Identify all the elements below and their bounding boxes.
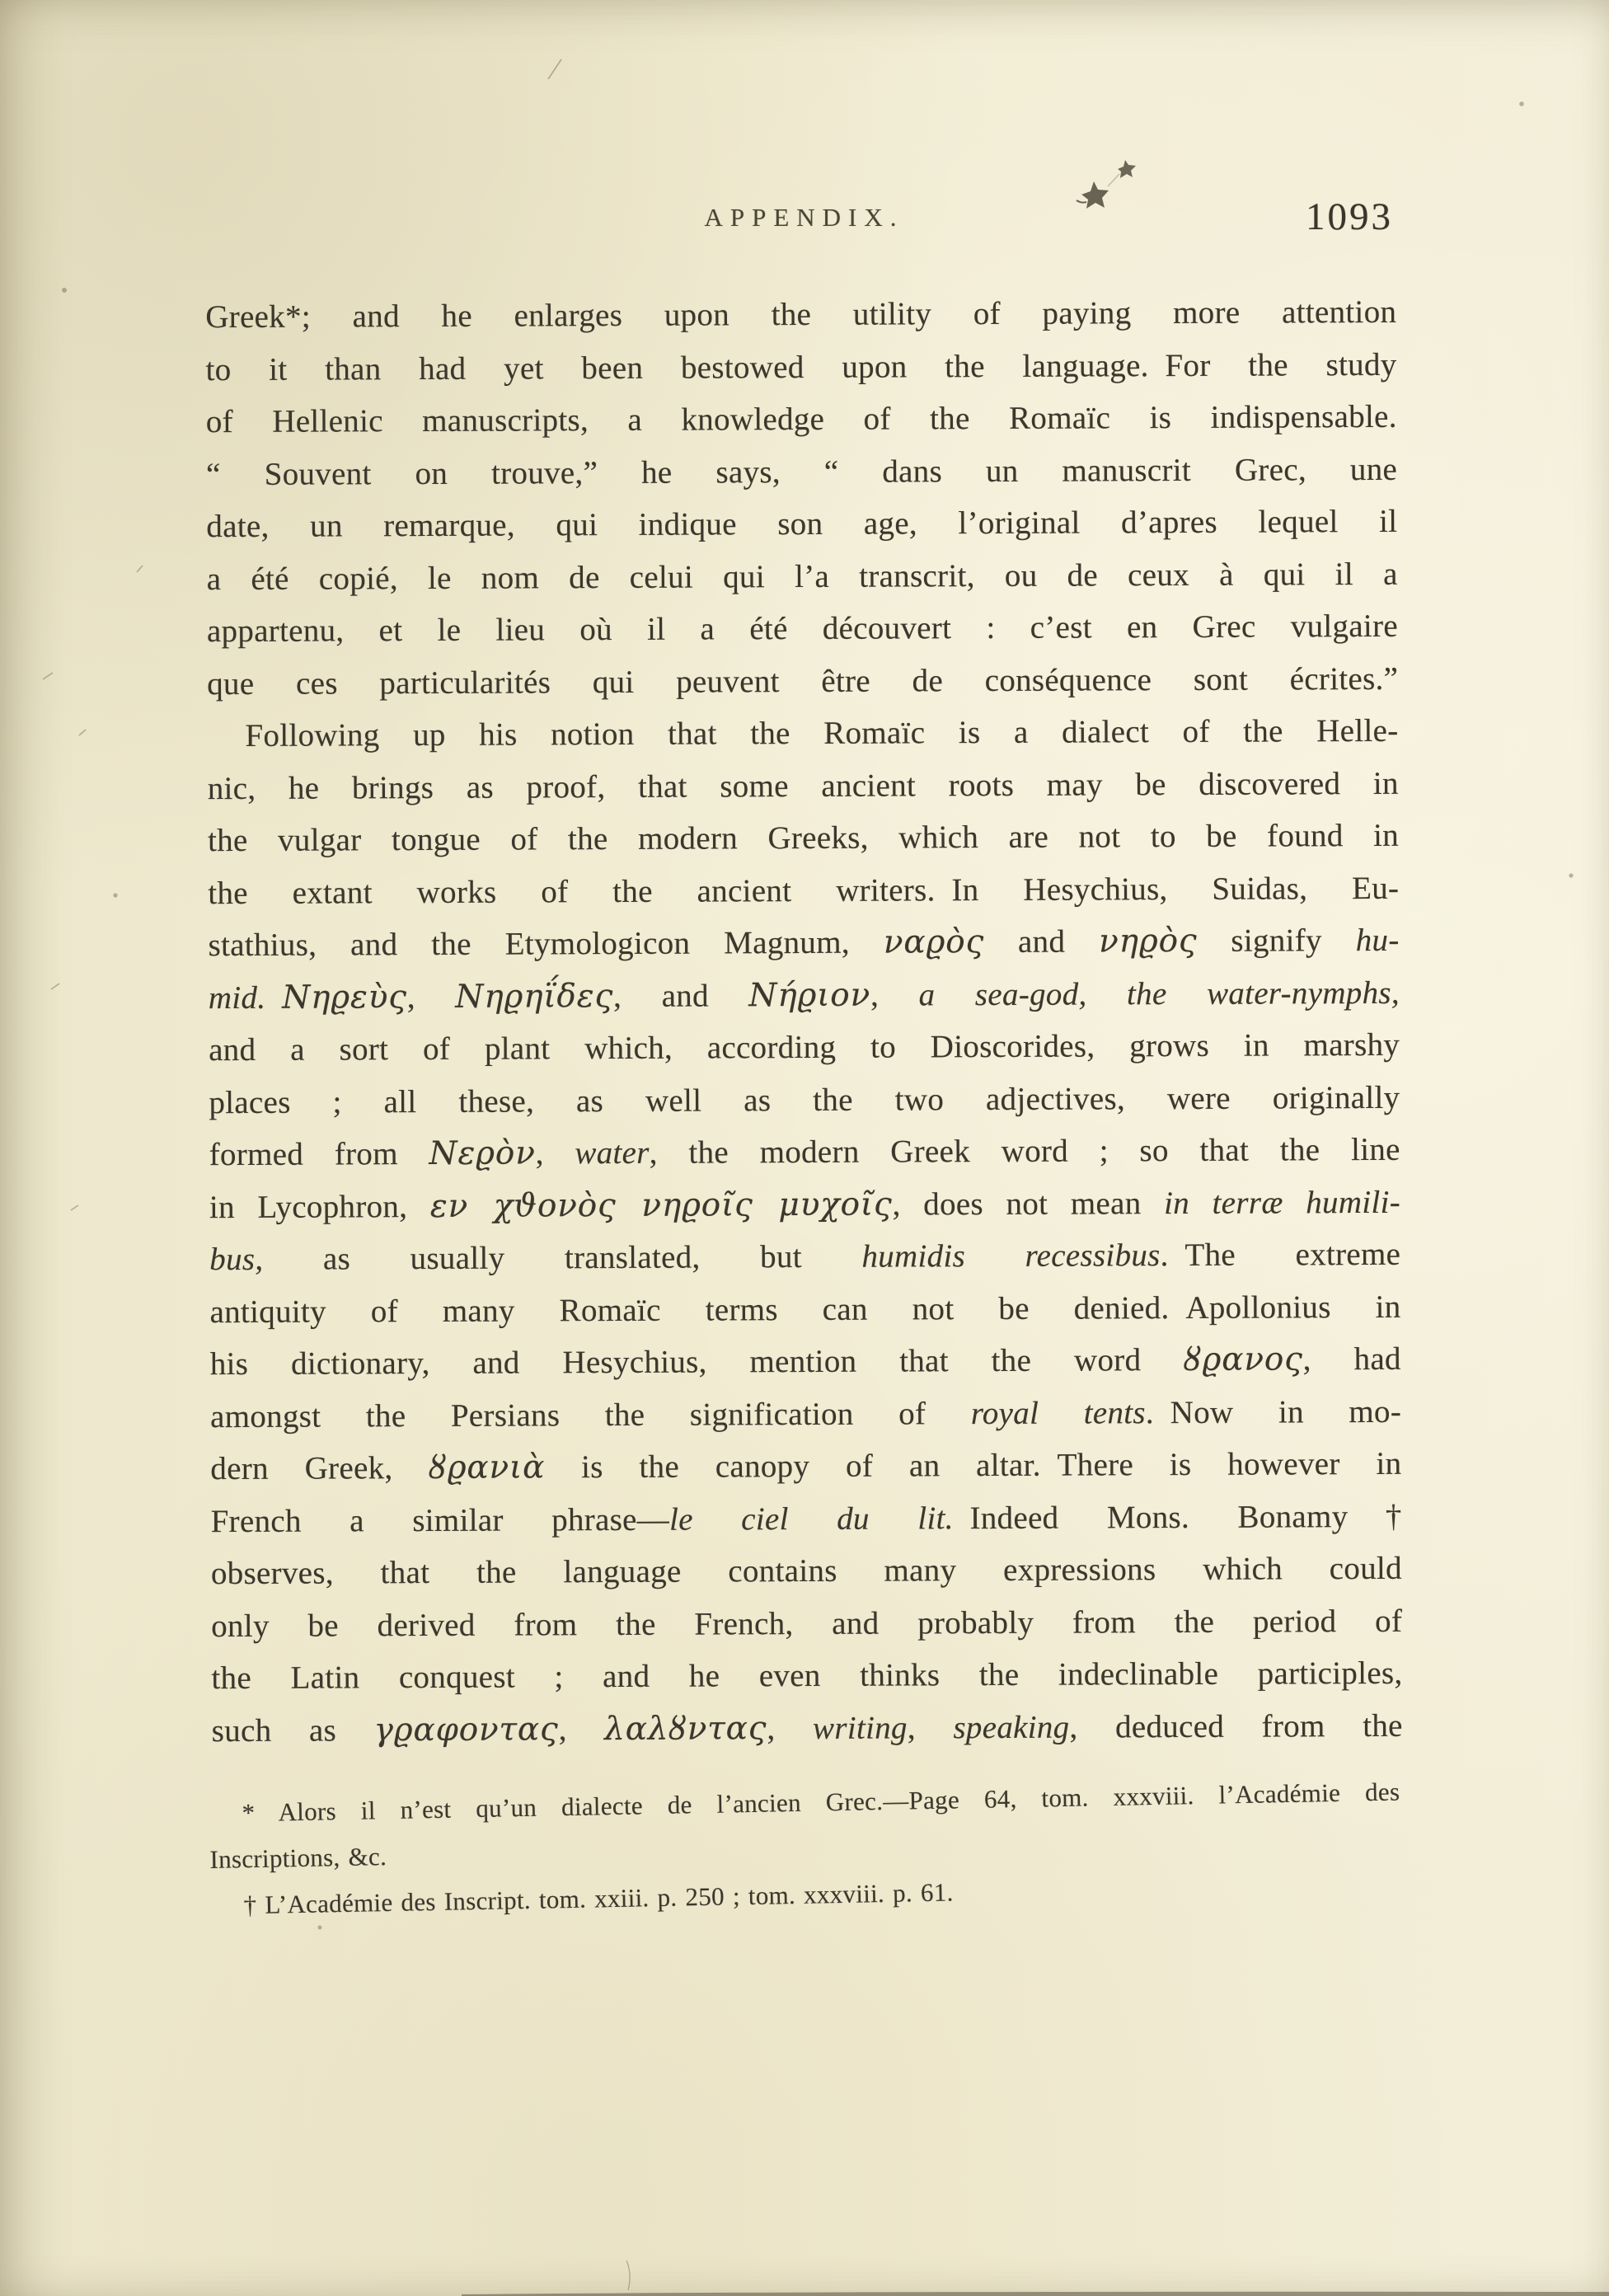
text-line: in Lycophron, εν χϑονὸς νηϱοῖς μυχοῖς, d… — [209, 1176, 1400, 1233]
footnotes-text: * Alors il n’est qu’un dialecte de l’anc… — [209, 1769, 1402, 1929]
text-line: antiquity of many Romaïc terms can not b… — [209, 1280, 1400, 1338]
text-line: Following up his notion that the Romaïc … — [207, 705, 1398, 763]
text-line: formed from Νεϱὸν, water, the modern Gre… — [209, 1124, 1400, 1181]
text-line: nic, he brings as proof, that some ancie… — [208, 757, 1399, 815]
page-number: 1093 — [1306, 195, 1393, 239]
text-line: of Hellenic manuscripts, a knowledge of … — [206, 391, 1397, 448]
text-line: date, un remarque, qui indique son age, … — [206, 495, 1397, 553]
bottom-edge-shadow — [462, 2292, 1609, 2296]
text-line: the extant works of the ancient writers.… — [208, 862, 1399, 919]
text-line: que ces particularités qui peuvent être … — [207, 652, 1398, 710]
text-line: places ; all these, as well as the two a… — [209, 1071, 1400, 1129]
text-line: his dictionary, and Hesychius, mention t… — [210, 1333, 1401, 1391]
ink-blot — [1077, 160, 1136, 209]
body-text: Greek*; and he enlarges upon the utility… — [205, 286, 1403, 1757]
text-line: appartenu, et le lieu où il a été découv… — [207, 600, 1398, 658]
text-line: Greek*; and he enlarges upon the utility… — [205, 286, 1396, 344]
text-line: and a sort of plant which, according to … — [209, 1019, 1400, 1077]
text-line: a été copié, le nom de celui qui l’a tra… — [207, 547, 1398, 605]
text-line: bus, as usually translated, but humidis … — [209, 1228, 1400, 1286]
running-head-title: APPENDIX. — [209, 203, 1400, 232]
text-line: mid. Νηϱεὺς, Νηϱηΐδες, and Νήϱιον, a sea… — [209, 966, 1400, 1024]
text-line: “ Souvent on trouve,” he says, “ dans un… — [206, 443, 1397, 500]
text-line: stathius, and the Etymologicon Magnum, ν… — [208, 914, 1399, 972]
text-line: the Latin conquest ; and he even thinks … — [211, 1647, 1402, 1705]
text-line: amongst the Persians the signification o… — [210, 1385, 1401, 1443]
text-line: such as γϱαφοντας, λαλȣντας, writing, sp… — [212, 1699, 1403, 1757]
text-line: observes, that the language contains man… — [211, 1542, 1402, 1600]
text-line: dern Greek, ȣϱανιὰ is the canopy of an a… — [210, 1438, 1401, 1495]
text-line: only be derived from the French, and pro… — [211, 1594, 1402, 1652]
text-line: to it than had yet been bestowed upon th… — [205, 338, 1396, 396]
scanned-book-page: APPENDIX. 1093 Greek*; and he enlarges u… — [0, 0, 1609, 2296]
text-line: French a similar phrase—le ciel du lit. … — [211, 1490, 1402, 1547]
text-line: the vulgar tongue of the modern Greeks, … — [208, 810, 1399, 867]
